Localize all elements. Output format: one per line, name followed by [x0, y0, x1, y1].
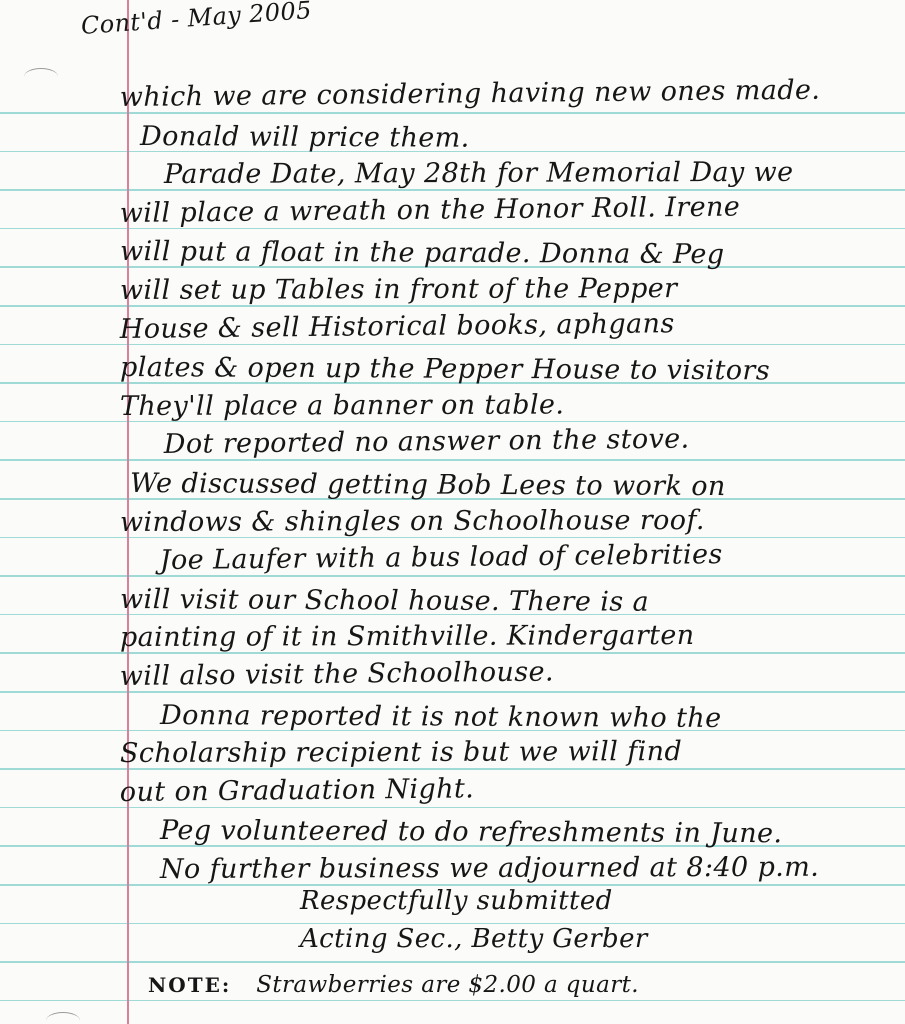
handwritten-line: out on Graduation Night.	[120, 773, 475, 808]
ruled-line	[0, 1000, 905, 1002]
ruled-line	[0, 575, 905, 577]
handwritten-line: Joe Laufer with a bus load of celebritie…	[160, 539, 723, 576]
handwritten-line: Scholarship recipient is but we will fin…	[120, 736, 682, 769]
hole-punch-mark	[46, 1012, 80, 1024]
closing-line-1: Respectfully submitted	[300, 886, 613, 916]
ruled-line	[0, 961, 905, 963]
handwritten-line: They'll place a banner on table.	[120, 389, 564, 422]
page-header: Cont'd - May 2005	[80, 0, 313, 40]
ruled-line	[0, 459, 905, 461]
handwritten-line: House & sell Historical books, aphgans	[120, 308, 675, 345]
handwritten-line: Parade Date, May 28th for Memorial Day w…	[164, 157, 794, 190]
handwritten-line: Dot reported no answer on the stove.	[164, 424, 690, 461]
note-label: NOTE:	[148, 973, 231, 997]
handwritten-line: will visit our School house. There is a	[120, 584, 649, 618]
handwritten-line: will place a wreath on the Honor Roll. I…	[120, 191, 741, 228]
handwritten-line: painting of it in Smithville. Kindergart…	[120, 620, 695, 653]
signature-line: Acting Sec., Betty Gerber	[300, 924, 648, 954]
handwritten-line: plates & open up the Pepper House to vis…	[120, 352, 770, 386]
handwritten-line: No further business we adjourned at 8:40…	[160, 852, 819, 885]
handwritten-line: We discussed getting Bob Lees to work on	[130, 468, 726, 502]
handwritten-line: will set up Tables in front of the Peppe…	[120, 273, 678, 306]
handwritten-line: will also visit the Schoolhouse.	[120, 656, 554, 692]
handwritten-line: Donald will price them.	[140, 121, 470, 154]
notebook-page: Cont'd - May 2005 which we are consideri…	[0, 0, 905, 1024]
hole-punch-mark	[24, 68, 58, 85]
handwritten-line: will put a float in the parade. Donna & …	[120, 236, 725, 270]
handwritten-line: windows & shingles on Schoolhouse roof.	[120, 505, 705, 538]
ruled-line	[0, 189, 905, 191]
note: NOTE: Strawberries are $2.00 a quart.	[148, 968, 639, 999]
handwritten-line: Donna reported it is not known who the	[160, 700, 722, 734]
handwritten-line: which we are considering having new ones…	[120, 75, 821, 113]
note-text: Strawberries are $2.00 a quart.	[256, 972, 639, 998]
handwritten-line: Peg volunteered to do refreshments in Ju…	[160, 815, 782, 849]
